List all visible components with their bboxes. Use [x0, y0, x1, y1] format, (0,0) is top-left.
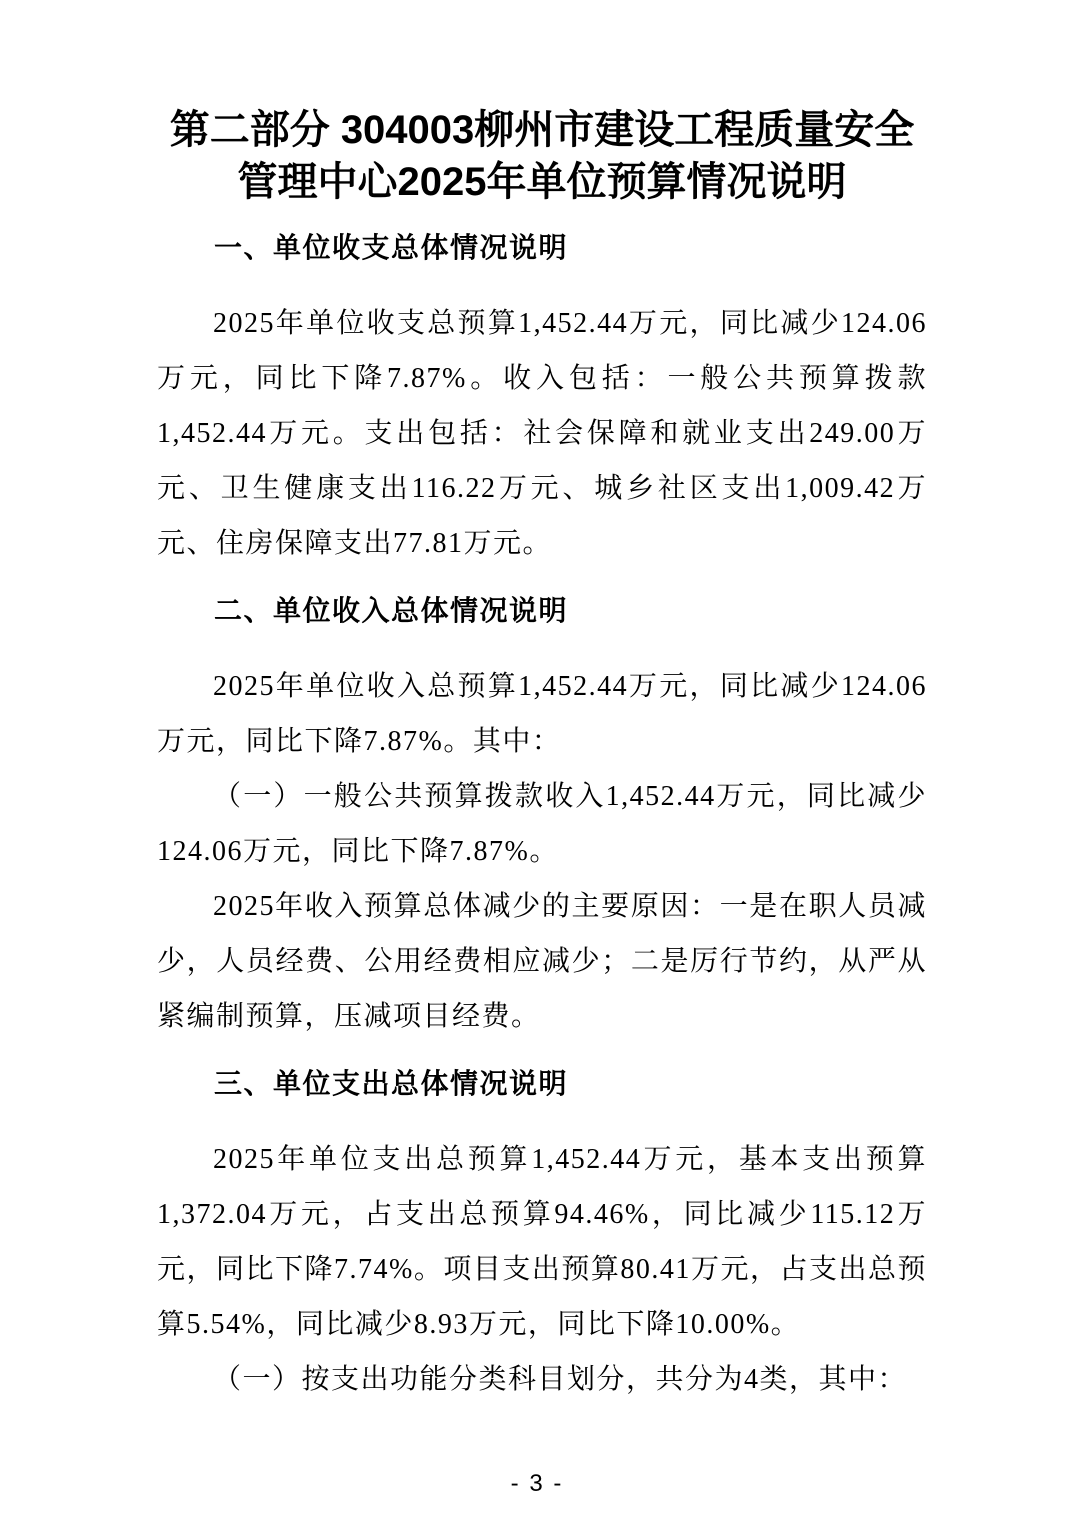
document-page: 第二部分 304003柳州市建设工程质量安全管理中心2025年单位预算情况说明 …: [0, 0, 1074, 1520]
paragraph: 2025年收入预算总体减少的主要原因：一是在职人员减少，人员经费、公用经费相应减…: [157, 879, 927, 1044]
section-heading-income-overview: 二、单位收入总体情况说明: [157, 591, 927, 631]
page-title: 第二部分 304003柳州市建设工程质量安全管理中心2025年单位预算情况说明: [157, 104, 927, 208]
paragraph: （一）一般公共预算拨款收入1,452.44万元，同比减少124.06万元，同比下…: [157, 769, 927, 879]
paragraph: 2025年单位收入总预算1,452.44万元，同比减少124.06万元，同比下降…: [157, 659, 927, 769]
document-content: 第二部分 304003柳州市建设工程质量安全管理中心2025年单位预算情况说明 …: [0, 0, 1074, 1407]
section-heading-expense-overview: 三、单位支出总体情况说明: [157, 1064, 927, 1104]
paragraph: 2025年单位收支总预算1,452.44万元，同比减少124.06万元，同比下降…: [157, 296, 927, 571]
paragraph: 2025年单位支出总预算1,452.44万元，基本支出预算1,372.04万元，…: [157, 1132, 927, 1352]
section-heading-income-expense-overview: 一、单位收支总体情况说明: [157, 228, 927, 268]
paragraph: （一）按支出功能分类科目划分，共分为4类，其中：: [157, 1352, 927, 1407]
page-number: - 3 -: [0, 1470, 1074, 1498]
